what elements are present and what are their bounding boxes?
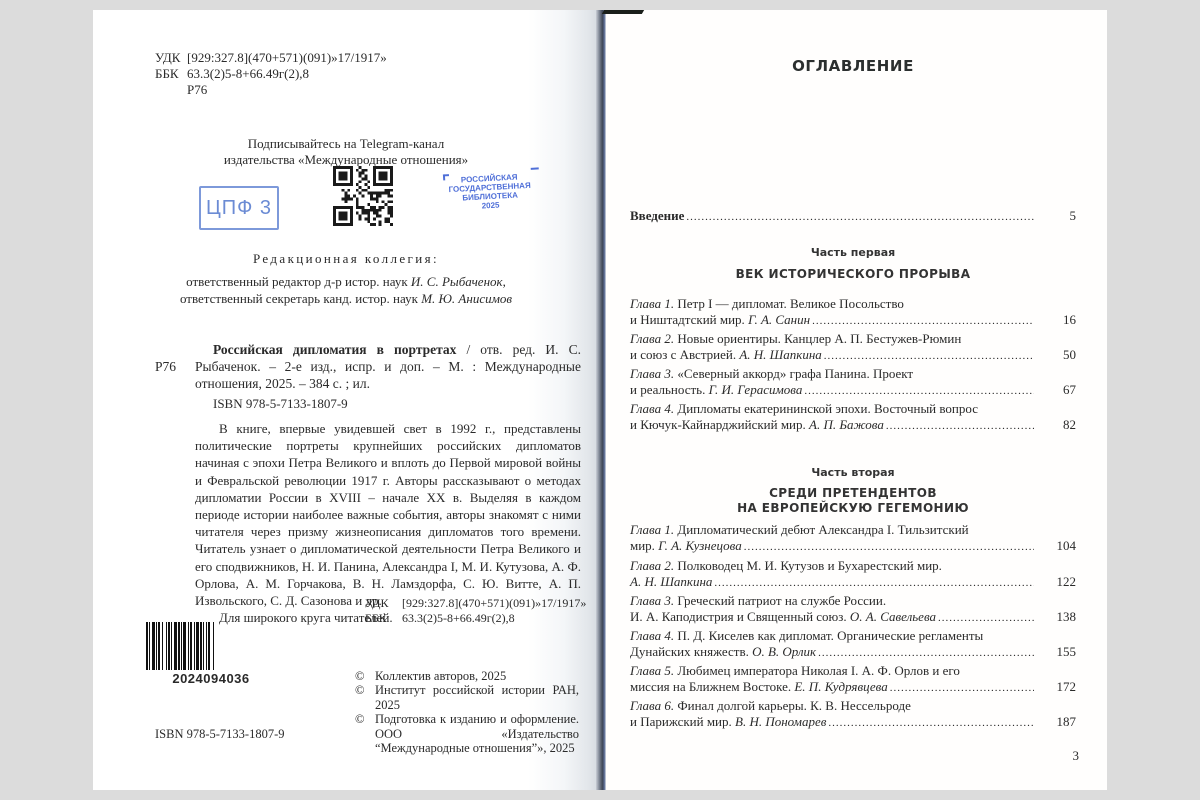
chapter-author: Г. И. Герасимова bbox=[709, 382, 803, 397]
barcode-number: 2024094036 bbox=[146, 670, 276, 688]
chapter-title-cont: и союз с Австрией. bbox=[630, 347, 736, 362]
annotation-paragraph: В книге, впервые увидевшей свет в 1992 г… bbox=[195, 420, 581, 609]
toc-entry-line1: Глава 3. «Северный аккорд» графа Панина.… bbox=[630, 366, 1076, 382]
chapter-title: П. Д. Киселев как дипломат. Органические… bbox=[677, 628, 983, 643]
chapter-title: Полководец М. И. Кутузов и Бухарестский … bbox=[677, 558, 942, 573]
copyright-item: ©Институт российской истории РАН, 2025 bbox=[355, 683, 579, 712]
dot-leader bbox=[818, 644, 1034, 661]
isbn: ISBN 978-5-7133-1807-9 bbox=[213, 396, 348, 412]
editor-line: ответственный редактор д-р истор. наук И… bbox=[93, 273, 599, 290]
chapter-author: В. Н. Пономарев bbox=[735, 714, 826, 729]
toc-entry-line1: Глава 4. П. Д. Киселев как дипломат. Орг… bbox=[630, 628, 1076, 644]
chapter-title-cont: и Парижский мир. bbox=[630, 714, 732, 729]
chapter-label: Глава 4. bbox=[630, 628, 674, 643]
copyright-icon: © bbox=[355, 712, 375, 755]
chapter-title: Новые ориентиры. Канцлер А. П. Бестужев-… bbox=[677, 331, 961, 346]
isbn-bottom: ISBN 978-5-7133-1807-9 bbox=[155, 726, 285, 742]
telegram-notice: Подписывайтесь на Telegram-канал издател… bbox=[93, 136, 599, 168]
chapter-author: Г. А. Кузнецова bbox=[658, 538, 742, 553]
secretary-line: ответственный секретарь канд. истор. нау… bbox=[93, 290, 599, 307]
toc-entry[interactable]: Глава 3. «Северный аккорд» графа Панина.… bbox=[630, 366, 1076, 399]
copyright-icon: © bbox=[355, 683, 375, 712]
part-2-label: Часть вторая bbox=[599, 466, 1107, 479]
toc-entry[interactable]: Глава 5. Любимец императора Николая I. А… bbox=[630, 663, 1076, 696]
chapter-author: О. А. Савельева bbox=[850, 609, 936, 624]
chapter-title-cont: и Кючук-Кайнарджийский мир. bbox=[630, 417, 806, 432]
chapter-author: А. Н. Шапкина bbox=[630, 574, 712, 589]
dot-leader bbox=[938, 609, 1034, 626]
bbk-value: 63.3(2)5-8+66.49г(2),8 bbox=[187, 66, 309, 82]
gutter-shadow bbox=[602, 10, 644, 14]
dot-leader bbox=[828, 714, 1034, 731]
toc-entry-line2: и Ништадтский мир. Г. А. Санин16 bbox=[630, 312, 1076, 329]
book-title: Российская дипломатия в портретах bbox=[213, 342, 456, 357]
telegram-line-1: Подписывайтесь на Telegram-канал bbox=[93, 136, 599, 152]
toc-page-number: 155 bbox=[1036, 644, 1076, 660]
toc-page-number: 50 bbox=[1036, 347, 1076, 363]
copyright-item: ©Подготовка к изданию и оформление. ООО … bbox=[355, 712, 579, 755]
dot-leader bbox=[886, 417, 1034, 434]
right-page-contents: ОГЛАВЛЕНИЕ Введение5 Часть первая ВЕК ИС… bbox=[599, 10, 1107, 790]
barcode: 2024094036 bbox=[146, 622, 276, 692]
toc-entry[interactable]: Глава 3. Греческий патриот на службе Рос… bbox=[630, 593, 1076, 626]
toc-entry-line1: Глава 4. Дипломаты екатерининской эпохи.… bbox=[630, 401, 1076, 417]
barcode-bars-icon bbox=[146, 622, 276, 670]
toc-entry[interactable]: Глава 1. Петр I — дипломат. Великое Посо… bbox=[630, 296, 1076, 329]
toc-intro-label: Введение bbox=[630, 208, 684, 224]
editor-role: ответственный редактор д-р истор. наук bbox=[186, 274, 411, 289]
bibliographic-entry: Р76 Российская дипломатия в портретах / … bbox=[155, 341, 581, 392]
udk-value: [929:327.8](470+571)(091)»17/1917» bbox=[402, 596, 586, 611]
barcode-bar bbox=[214, 622, 215, 670]
bbk-label: ББК bbox=[365, 611, 402, 626]
toc-page-number: 187 bbox=[1036, 714, 1076, 730]
copyright-item: ©Коллектив авторов, 2025 bbox=[355, 669, 579, 683]
copyright-block: ©Коллектив авторов, 2025 ©Институт росси… bbox=[355, 669, 579, 755]
chapter-title: Дипломаты екатерининской эпохи. Восточны… bbox=[677, 401, 978, 416]
toc-entry-line1: Глава 2. Новые ориентиры. Канцлер А. П. … bbox=[630, 331, 1076, 347]
toc-entry-line1: Глава 1. Петр I — дипломат. Великое Посо… bbox=[630, 296, 1076, 312]
chapter-label: Глава 4. bbox=[630, 401, 674, 416]
chapter-title: «Северный аккорд» графа Панина. Проект bbox=[677, 366, 913, 381]
stamp-corner bbox=[531, 167, 539, 170]
toc-entry[interactable]: Глава 6. Финал долгой карьеры. К. В. Нес… bbox=[630, 698, 1076, 731]
chapter-label: Глава 3. bbox=[630, 366, 674, 381]
dot-leader bbox=[804, 382, 1034, 399]
udk-label: УДК bbox=[365, 596, 402, 611]
chapter-author: А. П. Бажова bbox=[809, 417, 884, 432]
qr-code-icon[interactable] bbox=[333, 166, 393, 226]
dot-leader bbox=[824, 347, 1034, 364]
chapter-label: Глава 2. bbox=[630, 331, 674, 346]
chapter-title-cont: И. А. Каподистрия и Священный союз. bbox=[630, 609, 847, 624]
toc-entry[interactable]: Глава 1. Дипломатический дебют Александр… bbox=[630, 522, 1076, 555]
secretary-name: М. Ю. Анисимов bbox=[421, 291, 512, 306]
stamp-corner bbox=[443, 174, 449, 180]
chapter-label: Глава 3. bbox=[630, 593, 674, 608]
toc-entry-line1: Глава 5. Любимец императора Николая I. А… bbox=[630, 663, 1076, 679]
toc-page-number: 104 bbox=[1036, 538, 1076, 554]
bib-author-mark: Р76 bbox=[155, 358, 176, 375]
toc-entry[interactable]: Глава 4. П. Д. Киселев как дипломат. Орг… bbox=[630, 628, 1076, 661]
toc-entry-line2: А. Н. Шапкина122 bbox=[630, 574, 1076, 591]
toc-entry[interactable]: Глава 4. Дипломаты екатерининской эпохи.… bbox=[630, 401, 1076, 434]
dot-leader bbox=[890, 679, 1034, 696]
toc-page-number: 5 bbox=[1036, 208, 1076, 224]
toc-entry-line1: Глава 2. Полководец М. И. Кутузов и Буха… bbox=[630, 558, 1076, 574]
classification-codes-bottom: УДК[929:327.8](470+571)(091)»17/1917» ББ… bbox=[365, 596, 586, 626]
toc-entry-line2: и Парижский мир. В. Н. Пономарев187 bbox=[630, 714, 1076, 731]
author-mark: Р76 bbox=[155, 82, 387, 98]
toc-entry-line1: Глава 6. Финал долгой карьеры. К. В. Нес… bbox=[630, 698, 1076, 714]
toc-entry-line2: миссия на Ближнем Востоке. Е. П. Кудрявц… bbox=[630, 679, 1076, 696]
chapter-author: А. Н. Шапкина bbox=[739, 347, 821, 362]
toc-page-number: 138 bbox=[1036, 609, 1076, 625]
toc-entry-line2: мир. Г. А. Кузнецова104 bbox=[630, 538, 1076, 555]
punct: , bbox=[503, 274, 506, 289]
toc-entry-line2: Дунайских княжеств. О. В. Орлик155 bbox=[630, 644, 1076, 661]
page-number: 3 bbox=[1039, 748, 1079, 764]
chapter-title-cont: и реальность. bbox=[630, 382, 705, 397]
toc-page-number: 82 bbox=[1036, 417, 1076, 433]
bbk-label: ББК bbox=[155, 66, 187, 82]
dot-leader bbox=[714, 574, 1034, 591]
editor-name: И. С. Рыбаченок bbox=[411, 274, 503, 289]
toc-entry[interactable]: Глава 2. Новые ориентиры. Канцлер А. П. … bbox=[630, 331, 1076, 364]
chapter-author: Г. А. Санин bbox=[748, 312, 810, 327]
toc-entry-line1: Глава 3. Греческий патриот на службе Рос… bbox=[630, 593, 1076, 609]
part-1-title: ВЕК ИСТОРИЧЕСКОГО ПРОРЫВА bbox=[599, 267, 1107, 282]
toc-title: ОГЛАВЛЕНИЕ bbox=[599, 57, 1107, 75]
toc-entry-intro[interactable]: Введение5 bbox=[630, 208, 1076, 225]
toc-entry-line2: И. А. Каподистрия и Священный союз. О. А… bbox=[630, 609, 1076, 626]
chapter-title: Финал долгой карьеры. К. В. Нессельроде bbox=[677, 698, 911, 713]
chapter-title-cont: мир. bbox=[630, 538, 655, 553]
chapter-title: Дипломатический дебют Александра I. Тиль… bbox=[677, 522, 968, 537]
chapter-title-cont: Дунайских княжеств. bbox=[630, 644, 749, 659]
bbk-value: 63.3(2)5-8+66.49г(2),8 bbox=[402, 611, 515, 626]
part-2-title: СРЕДИ ПРЕТЕНДЕНТОВ НА ЕВРОПЕЙСКУЮ ГЕГЕМО… bbox=[599, 486, 1107, 516]
chapter-label: Глава 5. bbox=[630, 663, 674, 678]
dot-leader bbox=[812, 312, 1034, 329]
book-spread: УДК[929:327.8](470+571)(091)»17/1917» ББ… bbox=[93, 10, 1107, 790]
chapter-title: Любимец императора Николая I. А. Ф. Орло… bbox=[677, 663, 960, 678]
toc-entry-line2: и союз с Австрией. А. Н. Шапкина50 bbox=[630, 347, 1076, 364]
toc-page-number: 16 bbox=[1036, 312, 1076, 328]
dot-leader bbox=[744, 538, 1034, 555]
editorial-board: ответственный редактор д-р истор. наук И… bbox=[93, 273, 599, 307]
copyright-text: Подготовка к изданию и оформление. ООО «… bbox=[375, 712, 579, 755]
toc-page-number: 122 bbox=[1036, 574, 1076, 590]
chapter-author: О. В. Орлик bbox=[752, 644, 816, 659]
classification-codes-top: УДК[929:327.8](470+571)(091)»17/1917» ББ… bbox=[155, 50, 387, 98]
editorial-board-title: Редакционная коллегия: bbox=[93, 251, 599, 267]
chapter-title: Греческий патриот на службе России. bbox=[677, 593, 886, 608]
chapter-label: Глава 2. bbox=[630, 558, 674, 573]
udk-label: УДК bbox=[155, 50, 187, 66]
toc-page-number: 67 bbox=[1036, 382, 1076, 398]
copyright-text: Коллектив авторов, 2025 bbox=[375, 669, 579, 683]
library-stamp: РОССИЙСКАЯ ГОСУДАРСТВЕННАЯ БИБЛИОТЕКА 20… bbox=[439, 167, 541, 220]
secretary-role: ответственный секретарь канд. истор. нау… bbox=[180, 291, 421, 306]
udk-value: [929:327.8](470+571)(091)»17/1917» bbox=[187, 50, 387, 66]
book-gutter bbox=[596, 10, 606, 790]
chapter-label: Глава 1. bbox=[630, 296, 674, 311]
chapter-title-cont: миссия на Ближнем Востоке. bbox=[630, 679, 791, 694]
dot-leader bbox=[686, 208, 1034, 225]
copyright-text: Институт российской истории РАН, 2025 bbox=[375, 683, 579, 712]
toc-page-number: 172 bbox=[1036, 679, 1076, 695]
toc-entry-line2: и Кючук-Кайнарджийский мир. А. П. Бажова… bbox=[630, 417, 1076, 434]
toc-entry-line2: и реальность. Г. И. Герасимова67 bbox=[630, 382, 1076, 399]
part-1-label: Часть первая bbox=[599, 246, 1107, 259]
toc-entry[interactable]: Глава 2. Полководец М. И. Кутузов и Буха… bbox=[630, 558, 1076, 591]
chapter-title-cont: и Ништадтский мир. bbox=[630, 312, 745, 327]
left-page-imprint: УДК[929:327.8](470+571)(091)»17/1917» ББ… bbox=[93, 10, 599, 790]
chapter-label: Глава 1. bbox=[630, 522, 674, 537]
chapter-author: Е. П. Кудрявцева bbox=[794, 679, 887, 694]
copyright-icon: © bbox=[355, 669, 375, 683]
chapter-label: Глава 6. bbox=[630, 698, 674, 713]
toc-entry-line1: Глава 1. Дипломатический дебют Александр… bbox=[630, 522, 1076, 538]
chapter-title: Петр I — дипломат. Великое Посольство bbox=[677, 296, 904, 311]
cpf-stamp: ЦПФ 3 bbox=[199, 186, 279, 230]
